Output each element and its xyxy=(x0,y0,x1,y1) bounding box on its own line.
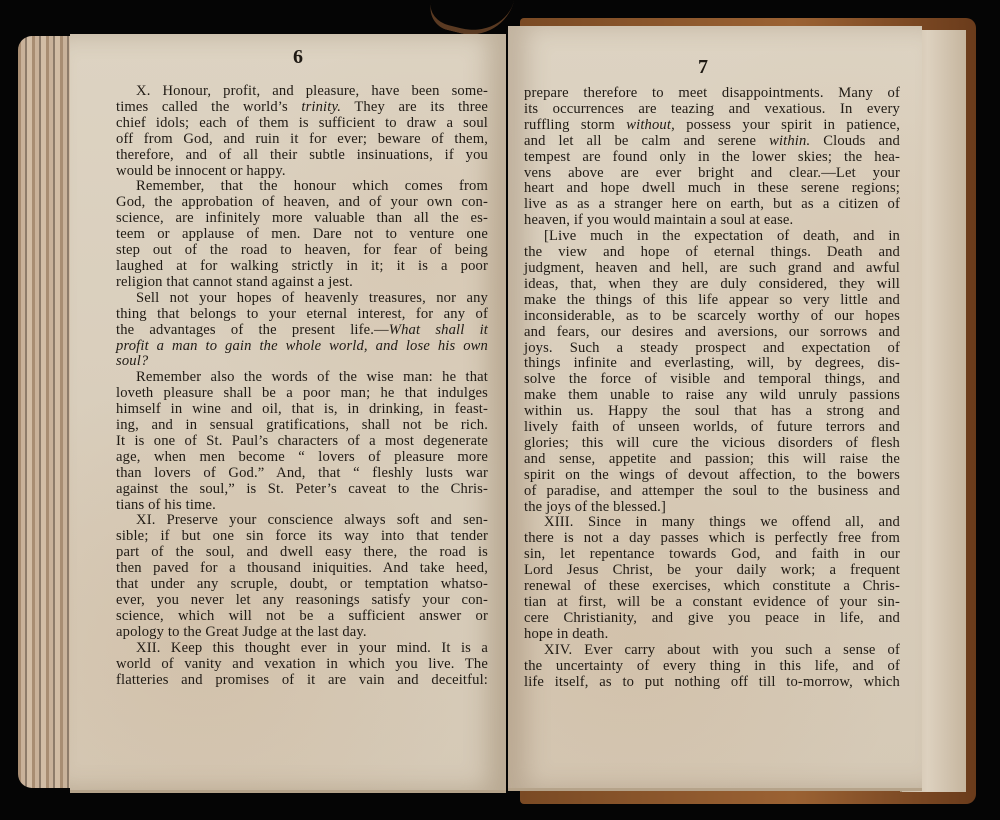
page-number-right: 7 xyxy=(508,56,922,79)
text-line: live as as a stranger here on earth, but… xyxy=(524,197,900,213)
text-line: science, are infinitely more valuable th… xyxy=(116,211,488,227)
text-line: vens above are ever bright and clear.—Le… xyxy=(524,166,900,182)
text-line: laughed at for walking strictly in it; i… xyxy=(116,259,488,275)
text-line: joys. Such a steady prospect and expecta… xyxy=(524,341,900,357)
text-line: soul? xyxy=(116,354,488,370)
text-line: ideas, that, when they are duly consider… xyxy=(524,277,900,293)
paragraph: XIV. Ever carry about with you such a se… xyxy=(524,643,900,691)
text-line: world of vanity and vexation in which yo… xyxy=(116,657,488,673)
text-line: flatteries and promises of it are vain a… xyxy=(116,673,488,689)
text-line: God, the approbation of heaven, and of y… xyxy=(116,195,488,211)
paragraph: [Live much in the expectation of death, … xyxy=(524,229,900,515)
paragraph: Remember also the words of the wise man:… xyxy=(116,370,488,513)
text-line: spirit on the wings of devout affection,… xyxy=(524,468,900,484)
text-line: apology to the Great Judge at the last d… xyxy=(116,625,488,641)
text-line: profit a man to gain the whole world, an… xyxy=(116,339,488,355)
text-line: lively faith of unseen worlds, of future… xyxy=(524,420,900,436)
text-line: loveth pleasure shall be a poor man; he … xyxy=(116,386,488,402)
text-line: himself in wine and oil, that is, in dri… xyxy=(116,402,488,418)
text-line: its occurrences are teazing and vexatiou… xyxy=(524,102,900,118)
text-line: Sell not your hopes of heavenly treasure… xyxy=(116,291,488,307)
paragraph: XII. Keep this thought ever in your mind… xyxy=(116,641,488,689)
page-edges-left xyxy=(18,36,78,788)
paragraph: prepare therefore to meet disappointment… xyxy=(524,86,900,229)
text-line: inconsiderable, as to be scarcely worthy… xyxy=(524,309,900,325)
text-line: teem or applause of men. Dare not to ven… xyxy=(116,227,488,243)
left-page-text: X. Honour, profit, and pleasure, have be… xyxy=(116,84,488,688)
text-line: renewal of these exercises, which consti… xyxy=(524,579,900,595)
text-line: religion that cannot stand against a jes… xyxy=(116,275,488,291)
text-line: age, when men become “ lovers of pleasur… xyxy=(116,450,488,466)
left-page: 6 X. Honour, profit, and pleasure, have … xyxy=(70,34,506,793)
text-line: than lovers of God.” And, that “ fleshly… xyxy=(116,466,488,482)
text-line: XI. Preserve your conscience always soft… xyxy=(116,513,488,529)
text-line: the joys of the blessed.] xyxy=(524,500,900,516)
paragraph: XI. Preserve your conscience always soft… xyxy=(116,513,488,640)
text-line: XII. Keep this thought ever in your mind… xyxy=(116,641,488,657)
text-line: make them unable to raise any wild unrul… xyxy=(524,388,900,404)
paragraph: X. Honour, profit, and pleasure, have be… xyxy=(116,84,488,179)
text-line: and let all be calm and serene within. C… xyxy=(524,134,900,150)
text-line: off from God, and ruin it for ever; bewa… xyxy=(116,132,488,148)
text-line: thing that belongs to your eternal inter… xyxy=(116,307,488,323)
text-line: It is one of St. Paul’s characters of a … xyxy=(116,434,488,450)
text-line: against the soul,” is St. Peter’s caveat… xyxy=(116,482,488,498)
text-line: heart and hope dwell much in these seren… xyxy=(524,181,900,197)
text-line: heaven, if you would maintain a soul at … xyxy=(524,213,900,229)
text-line: science, which will not be a sufficient … xyxy=(116,609,488,625)
text-line: then paved for a thousand iniquities. An… xyxy=(116,561,488,577)
text-line: cere Christianity, and give you peace in… xyxy=(524,611,900,627)
text-line: XIII. Since in many things we offend all… xyxy=(524,515,900,531)
page-number-left: 6 xyxy=(70,46,506,69)
text-line: glories; this will cure the vicious diso… xyxy=(524,436,900,452)
text-line: sible; if but one sin force its way into… xyxy=(116,529,488,545)
text-line: and sense, appetite and passion; this wi… xyxy=(524,452,900,468)
text-line: of paradise, and attemper the soul to th… xyxy=(524,484,900,500)
paragraph: Remember, that the honour which comes fr… xyxy=(116,179,488,290)
text-line: solve the force of visible and temporal … xyxy=(524,372,900,388)
right-page-text: prepare therefore to meet disappointment… xyxy=(524,86,900,690)
text-line: prepare therefore to meet disappointment… xyxy=(524,86,900,102)
text-line: things infinite and everlasting, will, b… xyxy=(524,356,900,372)
right-page: 7 prepare therefore to meet disappointme… xyxy=(508,26,922,791)
text-line: there is not a day passes which is perfe… xyxy=(524,531,900,547)
text-line: make the things of this life appear so v… xyxy=(524,293,900,309)
text-line: step out of the road to heaven, for fear… xyxy=(116,243,488,259)
text-line: tempest are found only in the lower skie… xyxy=(524,150,900,166)
text-line: ever, you never let any reasonings satis… xyxy=(116,593,488,609)
text-line: judgment, heaven and hell, are such gran… xyxy=(524,261,900,277)
text-line: hope in death. xyxy=(524,627,900,643)
text-line: ing, and in sensual gratifications, shal… xyxy=(116,418,488,434)
text-line: would be innocent or happy. xyxy=(116,164,488,180)
text-line: and fears, our desires and aversions, ou… xyxy=(524,325,900,341)
text-line: Remember, that the honour which comes fr… xyxy=(116,179,488,195)
text-line: Lord Jesus Christ, be your daily work; a… xyxy=(524,563,900,579)
text-line: Remember also the words of the wise man:… xyxy=(116,370,488,386)
text-line: life itself, as to put nothing off till … xyxy=(524,675,900,691)
text-line: part of the soul, and dwell easy there, … xyxy=(116,545,488,561)
text-line: sin, let repentance towards God, and fai… xyxy=(524,547,900,563)
text-line: that under any scruple, doubt, or tempta… xyxy=(116,577,488,593)
text-line: X. Honour, profit, and pleasure, have be… xyxy=(116,84,488,100)
text-line: therefore, and of all their subtle insin… xyxy=(116,148,488,164)
paragraph: XIII. Since in many things we offend all… xyxy=(524,515,900,642)
text-line: XIV. Ever carry about with you such a se… xyxy=(524,643,900,659)
text-line: chief idols; each of them is sufficient … xyxy=(116,116,488,132)
text-line: tian at first, will be a constant eviden… xyxy=(524,595,900,611)
text-line: the view and hope of eternal things. Dea… xyxy=(524,245,900,261)
text-line: times called the world’s trinity. They a… xyxy=(116,100,488,116)
text-line: [Live much in the expectation of death, … xyxy=(524,229,900,245)
text-line: the uncertainty of every thing in this l… xyxy=(524,659,900,675)
text-line: tians of his time. xyxy=(116,498,488,514)
paragraph: Sell not your hopes of heavenly treasure… xyxy=(116,291,488,371)
text-line: the advantages of the present life.—What… xyxy=(116,323,488,339)
text-line: within us. Happy the soul that has a str… xyxy=(524,404,900,420)
text-line: ruffling storm without, possess your spi… xyxy=(524,118,900,134)
